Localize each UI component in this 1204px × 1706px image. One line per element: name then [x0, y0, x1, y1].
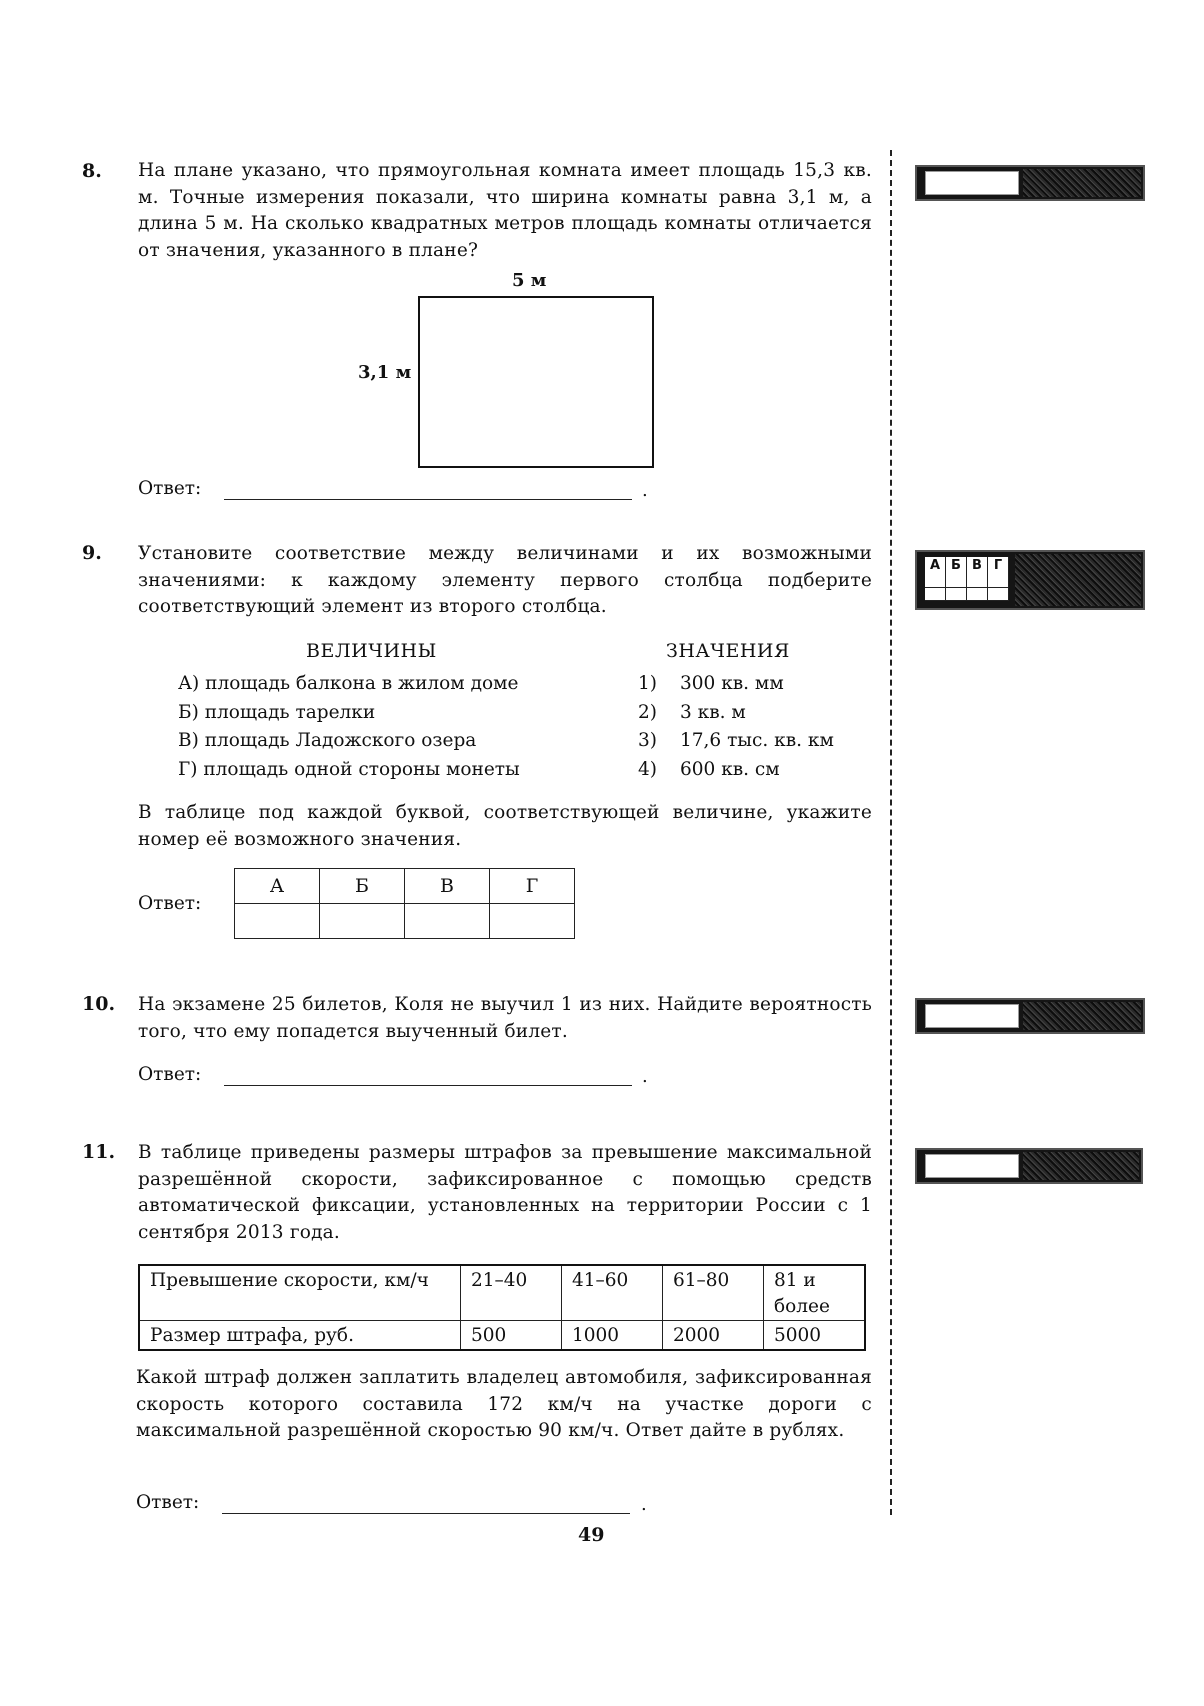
q10-answer-label: Ответ: — [138, 1064, 201, 1085]
q8-answer-sheet-box — [915, 165, 1145, 201]
q9-answer-sheet-box: А Б В Г — [915, 550, 1145, 610]
sheet-letter-g: Г — [988, 557, 1009, 588]
q8-answer-label: Ответ: — [138, 478, 201, 499]
answer-header-b: Б — [320, 869, 405, 904]
q8-answer-sheet-field[interactable] — [925, 171, 1019, 195]
value-num: 2) — [638, 699, 680, 728]
speed-range-1: 21–40 — [461, 1265, 562, 1321]
fines-table: Превышение скорости, км/ч 21–40 41–60 61… — [138, 1264, 866, 1351]
speed-row-label: Превышение скорости, км/ч — [139, 1265, 461, 1321]
answer-cell-b[interactable] — [320, 904, 405, 939]
q11-answer-sheet-pattern — [1023, 1152, 1139, 1180]
value-text: 600 кв. см — [680, 759, 780, 780]
answer-header-g: Г — [490, 869, 575, 904]
values-list: 1)300 кв. мм 2)3 кв. м 3)17,6 тыс. кв. к… — [638, 670, 834, 784]
speed-range-2: 41–60 — [562, 1265, 663, 1321]
value-num: 4) — [638, 756, 680, 785]
q10-answer-sheet-box — [915, 998, 1145, 1034]
question-9-text: Установите соответствие между величинами… — [138, 541, 872, 621]
answer-cell-g[interactable] — [490, 904, 575, 939]
value-text: 3 кв. м — [680, 702, 746, 723]
question-8-number: 8. — [82, 160, 102, 182]
value-item-4: 4)600 кв. см — [638, 756, 834, 785]
q10-answer-sheet-field[interactable] — [925, 1004, 1019, 1028]
question-11-question: Какой штраф должен заплатить владелец ав… — [136, 1365, 872, 1445]
value-num: 3) — [638, 727, 680, 756]
question-11-text: В таблице приведены размеры штрафов за п… — [138, 1140, 872, 1246]
q9-answer-table: А Б В Г — [234, 868, 575, 939]
q9-answer-sheet-grid: А Б В Г — [925, 557, 1009, 601]
sheet-letter-v: В — [967, 557, 988, 588]
question-9-number: 9. — [82, 542, 102, 564]
speed-range-4: 81 и более — [764, 1265, 866, 1321]
sheet-letter-b: Б — [946, 557, 967, 588]
sheet-letter-a: А — [925, 557, 946, 588]
q10-answer-sheet-pattern — [1023, 1002, 1141, 1030]
cut-line-divider — [890, 150, 892, 1515]
q9-answer-label: Ответ: — [138, 893, 201, 914]
fines-table-row-speed: Превышение скорости, км/ч 21–40 41–60 61… — [139, 1265, 865, 1321]
question-11-number: 11. — [82, 1141, 115, 1163]
question-10-number: 10. — [82, 993, 115, 1015]
answer-header-a: А — [235, 869, 320, 904]
values-heading: ЗНАЧЕНИЯ — [666, 640, 790, 662]
question-8-text: На плане указано, что прямоугольная комн… — [138, 158, 872, 264]
sheet-cell-a[interactable] — [925, 588, 946, 602]
fines-table-row-fine: Размер штрафа, руб. 500 1000 2000 5000 — [139, 1321, 865, 1351]
value-item-3: 3)17,6 тыс. кв. км — [638, 727, 834, 756]
q10-answer-field[interactable] — [224, 1085, 632, 1086]
value-text: 17,6 тыс. кв. км — [680, 730, 834, 751]
fine-value-2: 1000 — [562, 1321, 663, 1351]
q11-answer-dot: . — [641, 1494, 647, 1515]
value-item-1: 1)300 кв. мм — [638, 670, 834, 699]
q8-answer-dot: . — [642, 480, 648, 501]
fine-value-1: 500 — [461, 1321, 562, 1351]
quantity-item-a: А) площадь балкона в жилом доме — [178, 670, 520, 699]
q11-answer-label: Ответ: — [136, 1492, 199, 1513]
q11-answer-sheet-field[interactable] — [925, 1154, 1019, 1178]
q8-answer-sheet-pattern — [1023, 169, 1141, 197]
question-9-instruction: В таблице под каждой буквой, соответству… — [138, 800, 872, 853]
fine-value-4: 5000 — [764, 1321, 866, 1351]
fine-value-3: 2000 — [663, 1321, 764, 1351]
speed-range-3: 61–80 — [663, 1265, 764, 1321]
q11-answer-field[interactable] — [222, 1513, 630, 1514]
answer-cell-v[interactable] — [405, 904, 490, 939]
sheet-cell-v[interactable] — [967, 588, 988, 602]
room-width-label: 3,1 м — [358, 362, 411, 383]
value-item-2: 2)3 кв. м — [638, 699, 834, 728]
question-10-text: На экзамене 25 билетов, Коля не выучил 1… — [138, 992, 872, 1045]
quantities-list: А) площадь балкона в жилом доме Б) площа… — [178, 670, 520, 784]
answer-cell-a[interactable] — [235, 904, 320, 939]
sheet-cell-g[interactable] — [988, 588, 1009, 602]
q11-answer-sheet-box — [915, 1148, 1143, 1184]
q9-answer-sheet-pattern — [1015, 554, 1141, 606]
quantity-item-g: Г) площадь одной стороны монеты — [178, 756, 520, 785]
q10-answer-dot: . — [642, 1066, 648, 1087]
q8-answer-field[interactable] — [224, 499, 632, 500]
room-length-label: 5 м — [512, 270, 546, 291]
value-num: 1) — [638, 670, 680, 699]
sheet-cell-b[interactable] — [946, 588, 967, 602]
quantity-item-b: Б) площадь тарелки — [178, 699, 520, 728]
quantity-item-v: В) площадь Ладожского озера — [178, 727, 520, 756]
quantities-heading: ВЕЛИЧИНЫ — [306, 640, 437, 662]
value-text: 300 кв. мм — [680, 673, 784, 694]
fine-row-label: Размер штрафа, руб. — [139, 1321, 461, 1351]
page-number: 49 — [578, 1524, 604, 1546]
answer-header-v: В — [405, 869, 490, 904]
room-rectangle — [418, 296, 654, 468]
